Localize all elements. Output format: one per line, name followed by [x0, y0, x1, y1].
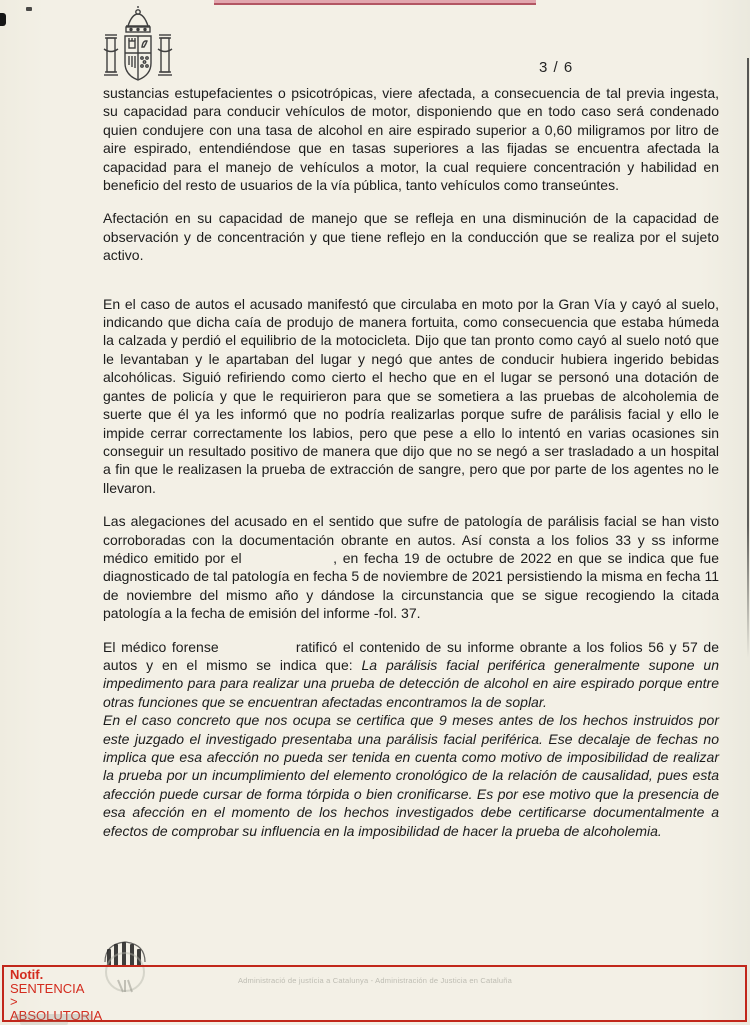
- scan-mark-left-small: [26, 7, 32, 11]
- redacted-name-blank: [224, 651, 290, 652]
- bottom-scan-smudge: [14, 1014, 92, 1020]
- paragraph: Las alegaciones del acusado en el sentid…: [103, 512, 719, 622]
- footer-admin-text: Administració de justícia a Catalunya - …: [0, 976, 750, 985]
- paragraph: El médico forense ratificó el contenido …: [103, 638, 719, 712]
- text-run: En el caso de autos el acusado manifestó…: [103, 296, 719, 496]
- scan-mark-left: [0, 13, 6, 26]
- text-run: En el caso concreto que nos ocupa se cer…: [103, 712, 719, 838]
- top-redaction-bar: [214, 0, 536, 5]
- right-edge-scan-line: [747, 58, 749, 658]
- text-run: sustancias estupefacientes o psicotrópic…: [103, 85, 719, 193]
- paragraph: En el caso concreto que nos ocupa se cer…: [103, 711, 719, 840]
- document-paragraphs: sustancias estupefacientes o psicotrópic…: [103, 84, 719, 840]
- text-run: Afectación en su capacidad de manejo que…: [103, 210, 719, 263]
- redacted-name-blank: [247, 562, 327, 563]
- paragraph: En el caso de autos el acusado manifestó…: [103, 295, 719, 497]
- paragraph: Afectación en su capacidad de manejo que…: [103, 209, 719, 264]
- page-number: 3 / 6: [539, 59, 573, 76]
- notification-stamp-box: Notif. SENTENCIA > ABSOLUTORIA: [2, 965, 747, 1022]
- bottom-scan-smudge-small: [20, 1021, 68, 1025]
- text-run: El médico forense: [103, 639, 224, 655]
- stamp-line-arrow: >: [10, 995, 102, 1009]
- paragraph: sustancias estupefacientes o psicotrópic…: [103, 84, 719, 194]
- spanish-coat-of-arms-icon: [98, 5, 178, 92]
- scanned-court-document-page: 3 / 6 sustancias estupefacientes o psico…: [0, 0, 750, 1025]
